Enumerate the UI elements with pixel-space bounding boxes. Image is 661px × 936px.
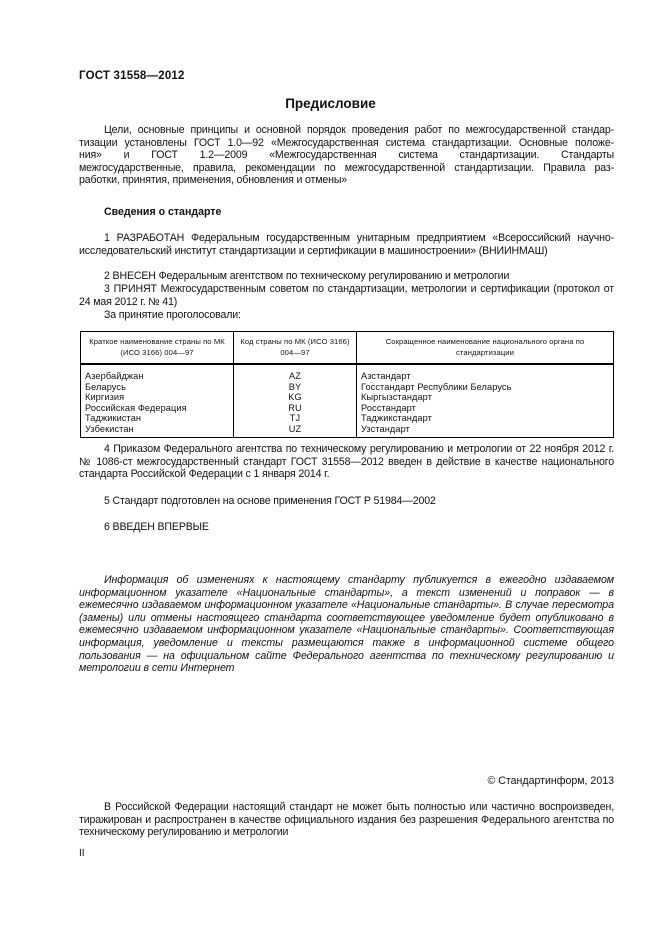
changes-notice: Информация об изменениях к настоящему ст… <box>79 574 614 675</box>
cell-country-code: KG <box>234 392 357 403</box>
cell-standards-body: Кыргызстандарт <box>357 392 614 403</box>
cell-country-name: Киргизия <box>81 392 234 403</box>
cell-standards-body: Таджикстандарт <box>357 413 614 424</box>
page-number: II <box>79 848 85 859</box>
cell-country-name: Азербайджан <box>81 364 234 382</box>
votes-table: Краткое наименование страны по МК (ИСО 3… <box>80 331 614 438</box>
intro-paragraph: Цели, основные принципы и основной поряд… <box>79 124 614 187</box>
cell-standards-body: Росстандарт <box>357 403 614 414</box>
intro-line: ния» и ГОСТ 1.2—2009 «Межгосударственная… <box>79 149 614 162</box>
intro-line: межгосударственные, правила, рекомендаци… <box>79 162 614 175</box>
section-heading: Сведения о стандарте <box>104 206 221 218</box>
table-row: БеларусьBYГосстандарт Республики Беларус… <box>81 382 614 393</box>
intro-line: тизации установлены ГОСТ 1.0—92 «Межгосу… <box>79 137 614 150</box>
cell-country-code: TJ <box>234 413 357 424</box>
table-row: УзбекистанUZУзстандарт <box>81 424 614 437</box>
page-title: Предисловие <box>0 96 661 111</box>
table-row: АзербайджанAZАзстандарт <box>81 364 614 382</box>
table-row: Российская ФедерацияRUРосстандарт <box>81 403 614 414</box>
header-country-name: Краткое наименование страны по МК (ИСО 3… <box>81 332 234 365</box>
cell-country-code: AZ <box>234 364 357 382</box>
intro-line: работки, принятия, применения, обновлени… <box>79 174 614 187</box>
cell-country-code: UZ <box>234 424 357 437</box>
table-header-row: Краткое наименование страны по МК (ИСО 3… <box>81 332 614 365</box>
info-item-1: 1 РАЗРАБОТАН Федеральным государственным… <box>79 232 614 257</box>
info-item-6: 6 ВВЕДЕН ВПЕРВЫЕ <box>79 521 614 534</box>
info-item-4: 4 Приказом Федерального агентства по тех… <box>79 443 614 481</box>
cell-country-code: BY <box>234 382 357 393</box>
header-country-code: Код страны по МК (ИСО 3166) 004—97 <box>234 332 357 365</box>
cell-standards-body: Госстандарт Республики Беларусь <box>357 382 614 393</box>
intro-line: Цели, основные принципы и основной поряд… <box>79 124 614 137</box>
cell-standards-body: Азстандарт <box>357 364 614 382</box>
cell-standards-body: Узстандарт <box>357 424 614 437</box>
vote-intro: За принятие проголосовали: <box>79 309 614 322</box>
table-row: ТаджикистанTJТаджикстандарт <box>81 413 614 424</box>
standard-code: ГОСТ 31558—2012 <box>79 70 185 82</box>
cell-country-name: Узбекистан <box>81 424 234 437</box>
reproduction-notice: В Российской Федерации настоящий стандар… <box>79 801 614 839</box>
header-standards-body: Сокращенное наименование национального о… <box>357 332 614 365</box>
cell-country-name: Таджикистан <box>81 413 234 424</box>
copyright: © Стандартинформ, 2013 <box>488 775 614 787</box>
table-row: КиргизияKGКыргызстандарт <box>81 392 614 403</box>
info-item-5: 5 Стандарт подготовлен на основе примене… <box>79 495 614 508</box>
cell-country-name: Беларусь <box>81 382 234 393</box>
cell-country-code: RU <box>234 403 357 414</box>
cell-country-name: Российская Федерация <box>81 403 234 414</box>
info-item-3: 3 ПРИНЯТ Межгосударственным советом по с… <box>79 283 614 308</box>
info-item-2: 2 ВНЕСЕН Федеральным агентством по техни… <box>79 270 614 283</box>
